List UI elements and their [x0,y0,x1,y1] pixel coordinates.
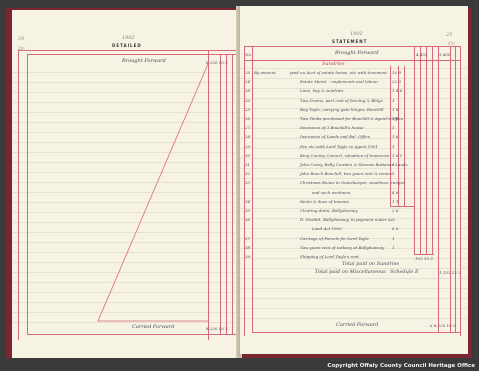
entry-description: and such workmen [312,190,350,195]
entry-description: Insurance of Lands and Bal. Office [300,134,370,139]
left-page: 24 Dr. 1902 DETAILED Brought Forward 8,2… [12,10,238,358]
entry-amount: 1 6 1 [392,153,402,158]
entry-number: 28 [245,88,250,93]
entry-number: 39 [245,254,250,259]
entry-number: 24 [245,79,250,84]
entry-description: paid on Acct of estate house, etc with t… [290,70,387,75]
entry-number: 26 [245,116,250,121]
entry-description: Lime, hay & sundries [300,88,343,93]
entry-description: R. Nesbitt, Ballydowney, in payment unde… [300,217,395,222]
entry-amount: 22 6 [392,79,401,84]
entry-amount: 2 6 [392,208,398,213]
entry-number: 20 [245,70,250,75]
entry-number: 37 [245,236,250,241]
entry-description: John Bouch Bouchill, two years rent & te… [300,171,393,176]
entry-amount: 1 4 6 [392,88,402,93]
entry-description: Estate Maint. - implements and labour [300,79,378,84]
entry-number: 33 [245,180,250,185]
entry-amount: 10 8 [392,70,401,75]
entry-number: 32 [245,171,250,176]
left-carried-forward-label: Carried Forward [132,324,174,330]
entry-amount: 1 [392,125,395,130]
entry-number: 28 [245,134,250,139]
entry-number: 25 [245,107,250,112]
sundries-total-amount: 102 10 3 [415,256,433,261]
entry-description: Shipping of Lord Tayle's rent [300,254,359,259]
entry-amount: 1 6 [392,134,398,139]
right-page-year: 1902 [350,31,363,37]
cancel-diagonal-line [12,10,238,358]
right-carried-forward-label: Carried Forward [336,322,378,328]
left-carried-forward-amount: 8,220 10 2 [206,326,228,331]
misc-total-label: Total paid on Miscellaneous [315,269,386,275]
entry-amount: 1 [392,236,395,241]
entry-description: Clearing drain, Ballydowney [300,208,358,213]
entry-amount: 6 6 [392,226,398,231]
entry-description: Two Drains, part cost of fencing & Bldgs [300,98,383,103]
bf-total-pounds: 3,400 [439,52,450,57]
entry-amount: 4 6 [392,190,398,195]
entry-description: Christmas Bonus to Gamekeeper, woodmen, … [300,180,405,185]
misc-total-schedule: Schedule E [390,269,419,275]
entry-number: 27 [245,125,250,130]
entry-number: 30 [245,98,250,103]
entry-description: King County Council, valuation of tenanc… [300,153,389,158]
entry-prefix: By amount [254,70,276,75]
entry-number: 31 [245,162,250,167]
right-page: 25 Cr. 1902 STATEMENT No. Brought Forwar… [240,6,468,354]
entry-description: Bog Tayle, carrying gate hinges, Bouchil… [300,107,384,112]
entry-number: 29 [245,144,250,149]
entry-amount: 1 [392,162,395,167]
column-header-no: No. [245,52,252,57]
entry-amount: 1 [392,144,395,149]
misc-total-amount: 1,132 12 2 [439,270,461,275]
entry-number: 35 [245,208,250,213]
right-page-header: STATEMENT [332,39,367,44]
section-title-sundries: Sundries [322,61,345,67]
entry-amount: 1 1 [392,199,398,204]
entry-number: 34 [245,199,250,204]
entry-number: 38 [245,245,250,250]
right-page-number: 25 [446,32,452,38]
entry-description: Fee etc with Lord Tayle re Agent 1901 [300,144,378,149]
entry-amount: 1 8 [392,116,398,121]
right-carried-forward-amount: £ 8,220 10 2 [430,323,455,328]
entry-description: Two years rent of turbary at Ballydowney [300,245,384,250]
entry-description: Insurance of 3 Bouchill's house [300,125,364,130]
entry-description: Rents & dues of tenants [300,199,349,204]
sundries-total-label: Total paid on Sundries [342,261,399,267]
entry-number: 30 [245,153,250,158]
entry-description: Two Tanks purchased for Bouchill & Agent… [300,116,403,121]
entry-description: Land Act 1903 [312,226,342,231]
entry-amount: 1 [392,98,395,103]
entry-amount: 1 [392,171,395,176]
copyright-credit: Copyright Offaly County Council Heritage… [327,363,475,369]
entry-description: Carriage of Parcels for Lord Tayle [300,236,369,241]
bf-amount-pounds: 4,452 [416,52,427,57]
entry-amount: 1 [392,245,395,250]
right-brought-forward-label: Brought Forward [335,50,379,56]
entry-amount: 1 8 [392,107,398,112]
entry-number: 36 [245,217,250,222]
